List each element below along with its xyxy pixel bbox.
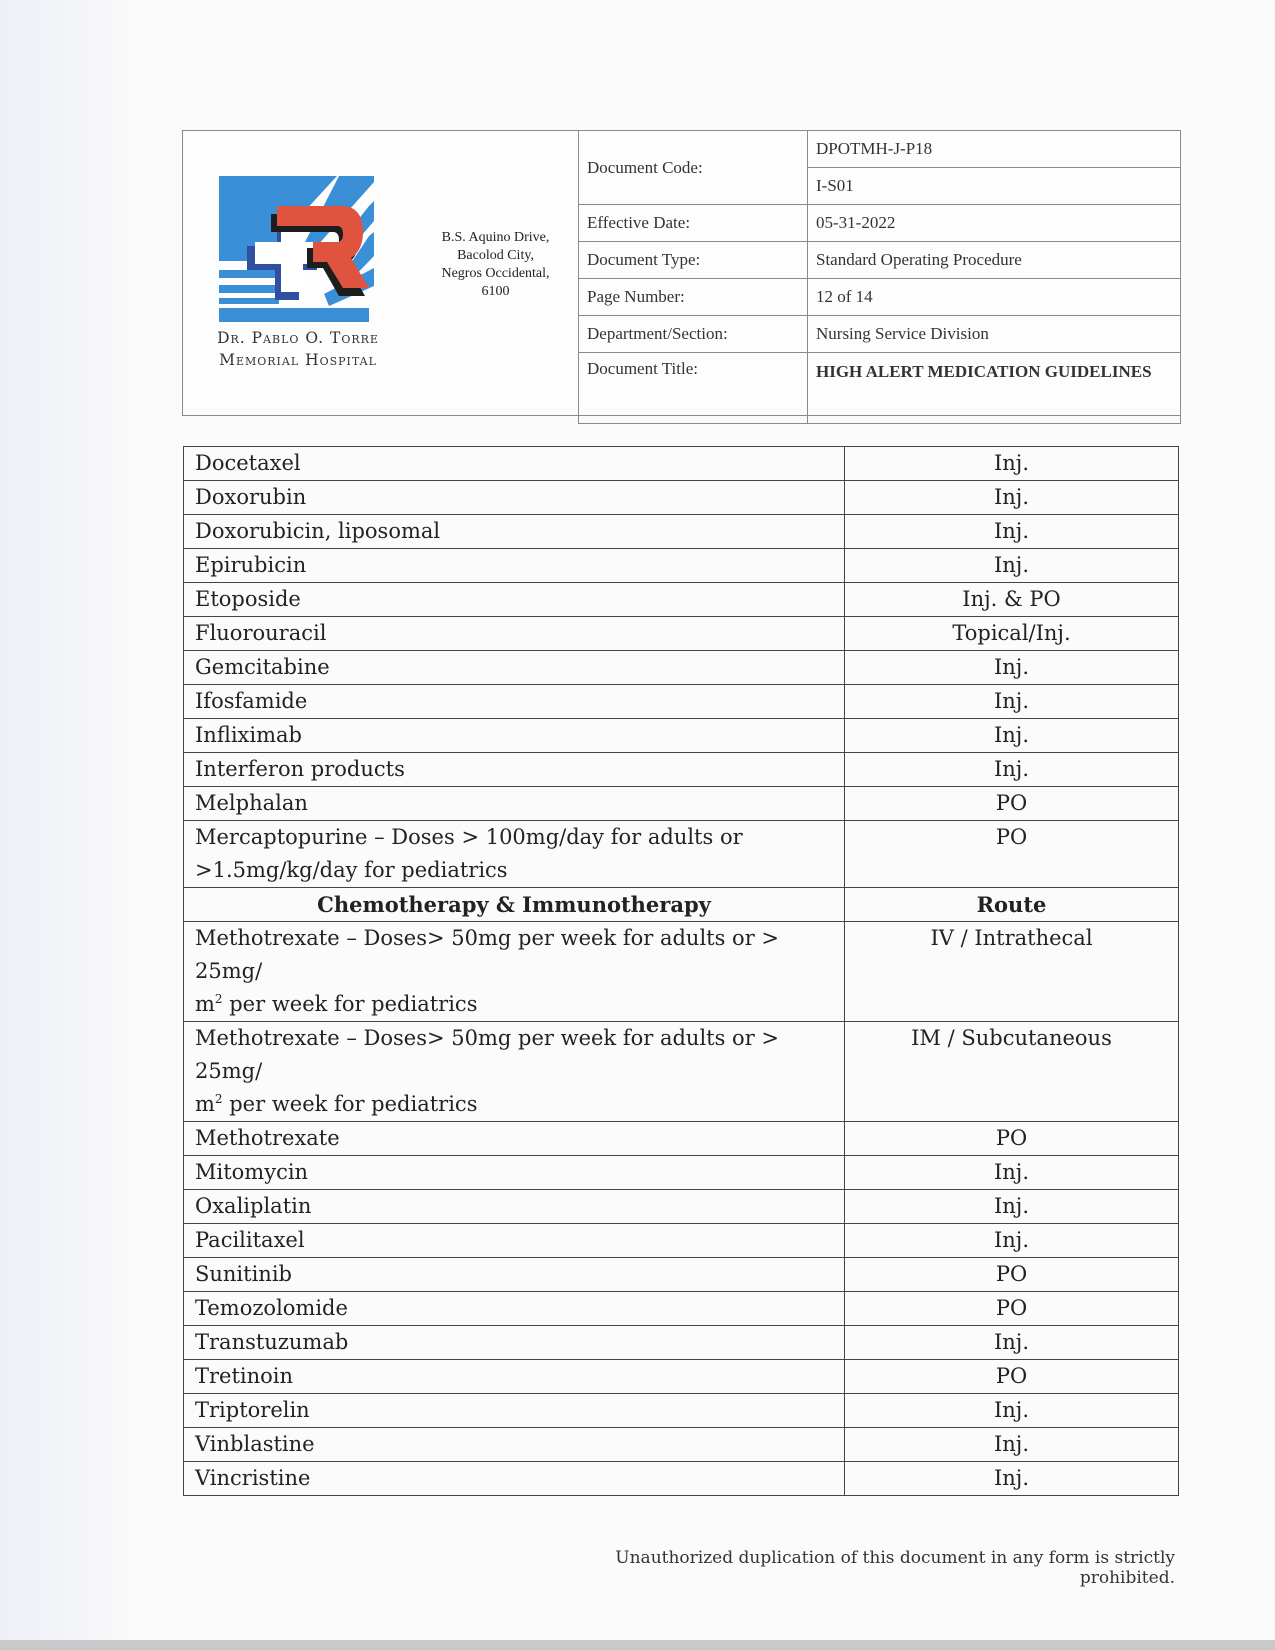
medication-route: Inj. <box>845 1326 1179 1360</box>
medication-name: Interferon products <box>184 753 845 787</box>
meta-label: Document Title: <box>579 353 808 424</box>
meta-label: Effective Date: <box>579 205 808 242</box>
medication-name: Triptorelin <box>184 1394 845 1428</box>
medication-route: IV / Intrathecal <box>845 922 1179 1022</box>
medication-name-line2: m2 per week for pediatrics <box>195 988 833 1021</box>
medication-name: Doxorubin <box>184 481 845 515</box>
scan-edge <box>0 1640 1275 1650</box>
medication-route: Inj. <box>845 1394 1179 1428</box>
document-header: Dr. Pablo O. Torre Memorial Hospital B.S… <box>182 130 1181 416</box>
meta-value-page-number: 12 of 14 <box>808 279 1181 316</box>
address-line: Negros Occidental, <box>413 265 578 283</box>
medication-route: PO <box>845 1360 1179 1394</box>
medication-route: Inj. <box>845 549 1179 583</box>
medication-route: Inj. <box>845 1156 1179 1190</box>
table-row: VinblastineInj. <box>184 1428 1179 1462</box>
medication-name: Docetaxel <box>184 447 845 481</box>
table-row: GemcitabineInj. <box>184 651 1179 685</box>
medication-name: Oxaliplatin <box>184 1190 845 1224</box>
meta-value-document-code: DPOTMH-J-P18 <box>808 131 1181 168</box>
meta-value-document-type: Standard Operating Procedure <box>808 242 1181 279</box>
medication-route: Inj. <box>845 1224 1179 1258</box>
medication-name-line1: Methotrexate – Doses> 50mg per week for … <box>195 922 833 988</box>
medication-name: Pacilitaxel <box>184 1224 845 1258</box>
methotrexate-rows: Methotrexate – Doses> 50mg per week for … <box>184 922 1179 1122</box>
medication-route: IM / Subcutaneous <box>845 1022 1179 1122</box>
meta-label: Document Code: <box>579 131 808 205</box>
medication-route: PO <box>845 821 1179 888</box>
section-header-title: Chemotherapy & Immunotherapy <box>184 888 845 922</box>
table-row: Methotrexate – Doses> 50mg per week for … <box>184 922 1179 1022</box>
unit-exponent: 2 <box>215 1092 223 1106</box>
table-row: MethotrexatePO <box>184 1122 1179 1156</box>
medication-name: Tretinoin <box>184 1360 845 1394</box>
table-row: Doxorubicin, liposomalInj. <box>184 515 1179 549</box>
hospital-branding: Dr. Pablo O. Torre Memorial Hospital B.S… <box>183 131 578 415</box>
table-row: Methotrexate – Doses> 50mg per week for … <box>184 1022 1179 1122</box>
unit-text: m <box>195 1092 215 1116</box>
meta-value-effective-date: 05-31-2022 <box>808 205 1181 242</box>
footer-notice: Unauthorized duplication of this documen… <box>520 1548 1175 1588</box>
hospital-logo-icon <box>219 176 374 328</box>
meta-value-document-title: HIGH ALERT MEDICATION GUIDELINES <box>808 353 1181 424</box>
medication-name: Melphalan <box>184 787 845 821</box>
table-row: TranstuzumabInj. <box>184 1326 1179 1360</box>
medication-list-part2: MethotrexatePOMitomycinInj.OxaliplatinIn… <box>184 1122 1179 1496</box>
medication-name: Sunitinib <box>184 1258 845 1292</box>
table-row: OxaliplatinInj. <box>184 1190 1179 1224</box>
address-line: 6100 <box>413 283 578 301</box>
meta-row-effective-date: Effective Date: 05-31-2022 <box>579 205 1181 242</box>
section-header-row: Chemotherapy & Immunotherapy Route <box>184 888 1179 922</box>
unit-text: per week for pediatrics <box>223 992 478 1016</box>
medication-name: Doxorubicin, liposomal <box>184 515 845 549</box>
meta-value-department: Nursing Service Division <box>808 316 1181 353</box>
medication-route: PO <box>845 787 1179 821</box>
medication-name-line2: m2 per week for pediatrics <box>195 1088 833 1121</box>
medication-name: Methotrexate – Doses> 50mg per week for … <box>184 1022 845 1122</box>
table-row: SunitinibPO <box>184 1258 1179 1292</box>
table-row: Mercaptopurine – Doses > 100mg/day for a… <box>184 821 1179 888</box>
meta-label: Document Type: <box>579 242 808 279</box>
medication-name-line1: Methotrexate – Doses> 50mg per week for … <box>195 1022 833 1088</box>
medication-route: Inj. <box>845 719 1179 753</box>
medication-name: Infliximab <box>184 719 845 753</box>
medication-name: Gemcitabine <box>184 651 845 685</box>
medication-name: Vinblastine <box>184 1428 845 1462</box>
table-row: Interferon productsInj. <box>184 753 1179 787</box>
address-line: Bacolod City, <box>413 247 578 265</box>
table-row: IfosfamideInj. <box>184 685 1179 719</box>
meta-row-department: Department/Section: Nursing Service Divi… <box>579 316 1181 353</box>
medication-route: Inj. <box>845 685 1179 719</box>
table-row: TemozolomidePO <box>184 1292 1179 1326</box>
medication-route: Inj. <box>845 651 1179 685</box>
unit-text: per week for pediatrics <box>223 1092 478 1116</box>
medication-route: PO <box>845 1122 1179 1156</box>
meta-value-revision-code: I-S01 <box>808 168 1181 205</box>
hospital-name: Dr. Pablo O. Torre Memorial Hospital <box>187 327 409 371</box>
medication-route: Inj. <box>845 1428 1179 1462</box>
medication-route: Inj. <box>845 753 1179 787</box>
medication-name: Vincristine <box>184 1462 845 1496</box>
meta-label: Page Number: <box>579 279 808 316</box>
medication-name: Mitomycin <box>184 1156 845 1190</box>
medication-list-part1: DocetaxelInj.DoxorubinInj.Doxorubicin, l… <box>184 447 1179 888</box>
unit-exponent: 2 <box>215 992 223 1006</box>
medication-name: Transtuzumab <box>184 1326 845 1360</box>
medication-name: Ifosfamide <box>184 685 845 719</box>
hospital-address: B.S. Aquino Drive, Bacolod City, Negros … <box>413 229 578 301</box>
meta-row-document-code: Document Code: DPOTMH-J-P18 <box>579 131 1181 168</box>
medication-name-line2: >1.5mg/kg/day for pediatrics <box>195 854 833 887</box>
medication-name: Methotrexate <box>184 1122 845 1156</box>
high-alert-medication-table: DocetaxelInj.DoxorubinInj.Doxorubicin, l… <box>183 446 1179 1496</box>
medication-name-line1: Mercaptopurine – Doses > 100mg/day for a… <box>195 821 833 854</box>
table-row: TretinoinPO <box>184 1360 1179 1394</box>
scan-shadow <box>0 0 150 1640</box>
meta-row-document-title: Document Title: HIGH ALERT MEDICATION GU… <box>579 353 1181 424</box>
table-row: MelphalanPO <box>184 787 1179 821</box>
document-metadata-table: Document Code: DPOTMH-J-P18 I-S01 Effect… <box>578 130 1181 424</box>
medication-name: Temozolomide <box>184 1292 845 1326</box>
medication-route: Topical/Inj. <box>845 617 1179 651</box>
section-header-route: Route <box>845 888 1179 922</box>
table-row: PacilitaxelInj. <box>184 1224 1179 1258</box>
medication-route: PO <box>845 1292 1179 1326</box>
medication-route: Inj. <box>845 447 1179 481</box>
table-row: InfliximabInj. <box>184 719 1179 753</box>
medication-name: Methotrexate – Doses> 50mg per week for … <box>184 922 845 1022</box>
address-line: B.S. Aquino Drive, <box>413 229 578 247</box>
medication-route: Inj. <box>845 481 1179 515</box>
meta-label: Department/Section: <box>579 316 808 353</box>
hospital-name-line1: Dr. Pablo O. Torre <box>187 327 409 349</box>
medication-name: Fluorouracil <box>184 617 845 651</box>
table-row: EtoposideInj. & PO <box>184 583 1179 617</box>
medication-name: Epirubicin <box>184 549 845 583</box>
medication-route: Inj. <box>845 1462 1179 1496</box>
medication-route: Inj. <box>845 515 1179 549</box>
medication-route: Inj. <box>845 1190 1179 1224</box>
table-row: VincristineInj. <box>184 1462 1179 1496</box>
table-row: FluorouracilTopical/Inj. <box>184 617 1179 651</box>
table-row: TriptorelinInj. <box>184 1394 1179 1428</box>
table-row: DoxorubinInj. <box>184 481 1179 515</box>
meta-row-document-type: Document Type: Standard Operating Proced… <box>579 242 1181 279</box>
meta-row-page-number: Page Number: 12 of 14 <box>579 279 1181 316</box>
medication-name: Mercaptopurine – Doses > 100mg/day for a… <box>184 821 845 888</box>
hospital-name-line2: Memorial Hospital <box>187 349 409 371</box>
medication-route: Inj. & PO <box>845 583 1179 617</box>
medication-route: PO <box>845 1258 1179 1292</box>
unit-text: m <box>195 992 215 1016</box>
table-row: EpirubicinInj. <box>184 549 1179 583</box>
table-row: DocetaxelInj. <box>184 447 1179 481</box>
table-row: MitomycinInj. <box>184 1156 1179 1190</box>
medication-name: Etoposide <box>184 583 845 617</box>
